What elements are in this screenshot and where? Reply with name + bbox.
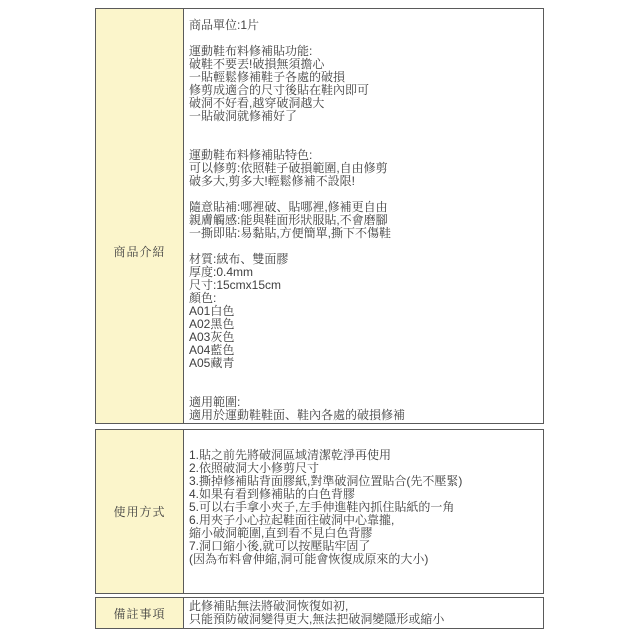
row-content: 1.貼之前先將破洞區域清潔乾淨再使用2.依照破洞大小修剪尺寸3.撕掉修補貼背面膠… bbox=[184, 430, 543, 593]
content-line: 商品單位:1片 bbox=[189, 19, 535, 32]
spec-row-1: 使用方式 1.貼之前先將破洞區域清潔乾淨再使用2.依照破洞大小修剪尺寸3.撕掉修… bbox=[95, 429, 544, 594]
content-line bbox=[189, 370, 535, 383]
content-line: 只能預防破洞變得更大,無法把破洞變隱形或縮小 bbox=[189, 613, 535, 626]
row-content: 此修補貼無法將破洞恢復如初,只能預防破洞變得更大,無法把破洞變隱形或縮小 bbox=[184, 598, 543, 628]
content-line bbox=[189, 123, 535, 136]
content-line: A05藏青 bbox=[189, 357, 535, 370]
content-line: 適用於運動鞋鞋面、鞋內各處的破損修補 bbox=[189, 409, 535, 422]
content-line bbox=[189, 383, 535, 396]
row-label: 使用方式 bbox=[96, 430, 184, 593]
row-label: 商品介紹 bbox=[96, 9, 184, 423]
content-line: A03灰色 bbox=[189, 331, 535, 344]
product-spec-table: 商品介紹 商品單位:1片 運動鞋布料修補貼功能:破鞋不要丟!破損無須擔心一貼輕鬆… bbox=[95, 8, 544, 629]
row-content: 商品單位:1片 運動鞋布料修補貼功能:破鞋不要丟!破損無須擔心一貼輕鬆修補鞋子各… bbox=[184, 9, 543, 423]
content-line: 一撕即貼:易黏貼,方便簡單,撕下不傷鞋 bbox=[189, 227, 535, 240]
content-line: 破多大,剪多大!輕鬆修補不設限! bbox=[189, 175, 535, 188]
content-line: A04藍色 bbox=[189, 344, 535, 357]
content-line: A01白色 bbox=[189, 305, 535, 318]
row-label: 備註事項 bbox=[96, 598, 184, 628]
content-line: 一貼破洞就修補好了 bbox=[189, 110, 535, 123]
content-line: (因為布料會伸縮,洞可能會恢復成原來的大小) bbox=[189, 553, 535, 566]
content-line: A02黑色 bbox=[189, 318, 535, 331]
spec-row-2: 備註事項 此修補貼無法將破洞恢復如初,只能預防破洞變得更大,無法把破洞變隱形或縮… bbox=[95, 597, 544, 629]
content-line: 顏色: bbox=[189, 292, 535, 305]
spec-row-0: 商品介紹 商品單位:1片 運動鞋布料修補貼功能:破鞋不要丟!破損無須擔心一貼輕鬆… bbox=[95, 8, 544, 424]
content-line: 尺寸:15cmx15cm bbox=[189, 279, 535, 292]
